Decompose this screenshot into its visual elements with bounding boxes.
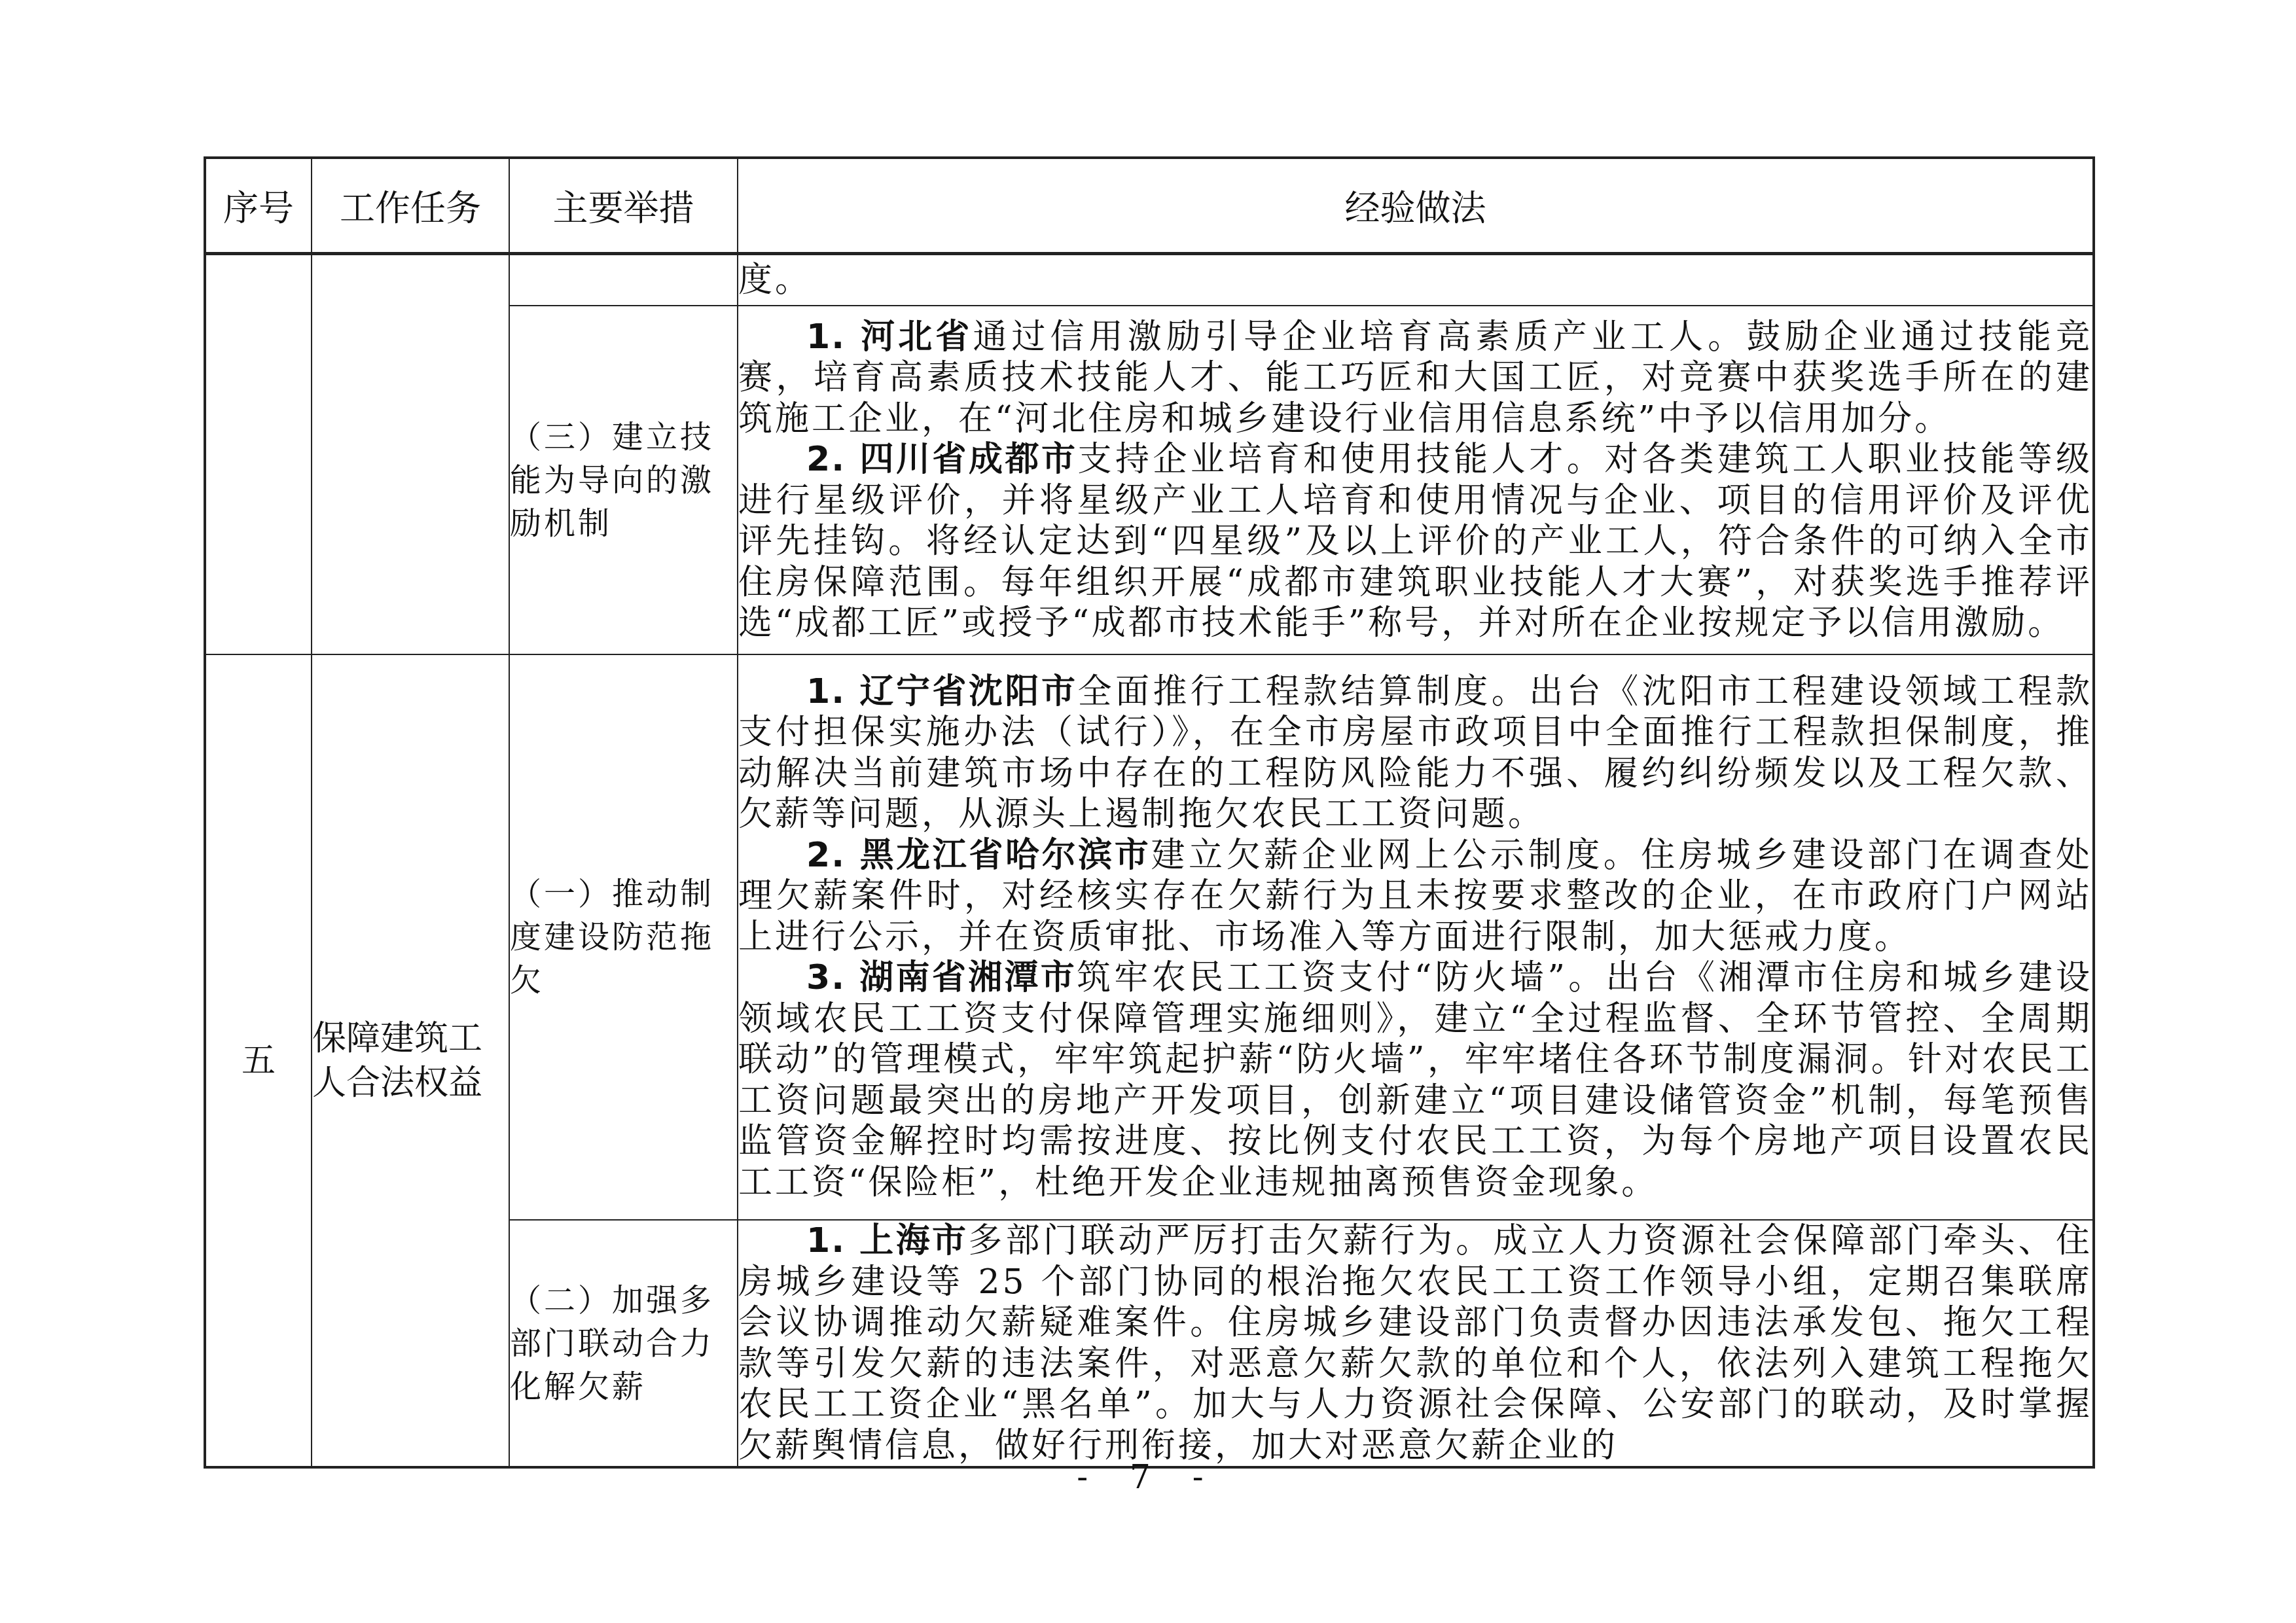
measure-cell: （二）加强多部门联动合力化解欠薪 [509,1220,738,1467]
experience-item: 2. 四川省成都市支持企业培育和使用技能人才。对各类建筑工人职业技能等级进行星级… [738,439,2092,644]
item-lead: 3. 湖南省湘潭市 [806,958,1077,997]
seq-cell-empty [205,254,312,655]
table-header-row: 序号 工作任务 主要举措 经验做法 [205,158,2094,254]
seq-cell: 五 [205,654,312,1467]
header-task: 工作任务 [312,158,509,254]
continuation-text: 度。 [738,260,2092,301]
measure-cell: （三）建立技能为导向的激励机制 [509,306,738,654]
header-experience: 经验做法 [738,158,2094,254]
experience-item: 2. 黑龙江省哈尔滨市建立欠薪企业网上公示制度。住房城乡建设部门在调查处理欠薪案… [738,835,2092,958]
measure-cell-empty [509,254,738,306]
item-lead: 2. 黑龙江省哈尔滨市 [806,836,1151,875]
experience-cell: 1. 河北省通过信用激励引导企业培育高素质产业工人。鼓励企业通过技能竞赛，培育高… [738,306,2094,654]
experience-item: 1. 河北省通过信用激励引导企业培育高素质产业工人。鼓励企业通过技能竞赛，培育高… [738,317,2092,440]
header-seq: 序号 [205,158,312,254]
item-lead: 1. 河北省 [806,317,973,357]
experience-table: 序号 工作任务 主要举措 经验做法 度。 （三）建立技能为导向的激励机制 1. … [204,156,2095,1469]
experience-item: 1. 上海市多部门联动严厉打击欠薪行为。成立人力资源社会保障部门牵头、住房城乡建… [738,1221,2092,1466]
item-lead: 1. 上海市 [806,1221,968,1260]
table-row: 五 保障建筑工人合法权益 （一）推动制度建设防范拖欠 1. 辽宁省沈阳市全面推行… [205,654,2094,1220]
header-measure: 主要举措 [509,158,738,254]
experience-item: 1. 辽宁省沈阳市全面推行工程款结算制度。出台《沈阳市工程建设领域工程款支付担保… [738,671,2092,835]
experience-cell: 1. 上海市多部门联动严厉打击欠薪行为。成立人力资源社会保障部门牵头、住房城乡建… [738,1220,2094,1467]
experience-item: 3. 湖南省湘潭市筑牢农民工工资支付“防火墙”。出台《湘潭市住房和城乡建设领域农… [738,957,2092,1203]
measure-cell: （一）推动制度建设防范拖欠 [509,654,738,1220]
page-number: - 7 - [0,1458,2296,1496]
document-page: 序号 工作任务 主要举措 经验做法 度。 （三）建立技能为导向的激励机制 1. … [0,0,2296,1623]
table-row: 度。 [205,254,2094,306]
experience-cell: 度。 [738,254,2094,306]
task-cell: 保障建筑工人合法权益 [312,654,509,1467]
task-cell-empty [312,254,509,655]
item-lead: 1. 辽宁省沈阳市 [806,672,1077,711]
experience-cell: 1. 辽宁省沈阳市全面推行工程款结算制度。出台《沈阳市工程建设领域工程款支付担保… [738,654,2094,1220]
item-lead: 2. 四川省成都市 [806,440,1077,479]
